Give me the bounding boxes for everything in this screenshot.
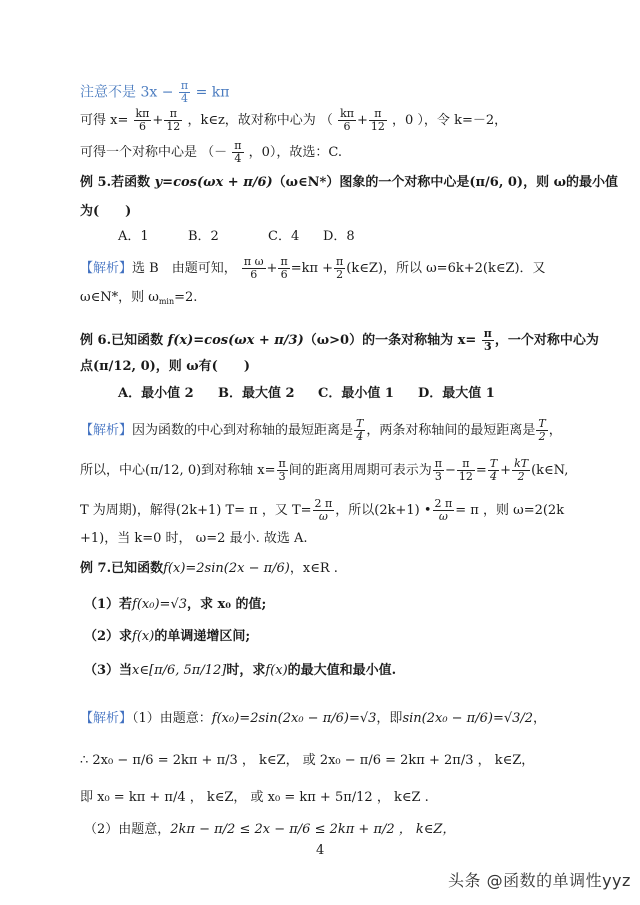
text: （2）由题意， [84,822,170,837]
text: + [500,463,511,478]
example-7-question-1: （1）若f(x₀)=√3，求 x₀ 的值; [84,598,266,611]
text: ， [549,423,562,438]
text: 选 B 由题可知， [132,261,237,276]
math-expr: (π/12, 0) [145,463,201,478]
frac-den: ω [433,511,455,523]
math-expr: f(x) [132,629,154,644]
fraction: π12 [164,108,182,133]
example-7-question-2: （2）求f(x)的单调递增区间; [84,630,250,643]
math-expr: (π/12, 0) [93,359,156,374]
math-expr: f(x)=cos(ωx + π/3) [168,333,304,348]
example-5-analysis-line-1: 【解析】选 B 由题可知， π ω6+π6=kπ +π2(k∈Z)，所以 ω=6… [80,256,546,281]
frac-den: 12 [457,471,475,483]
example-7-title: 例 7.已知函数f(x)=2sin(2x − π/6)，x∈R . [80,562,338,575]
frac-den: 4 [354,431,365,443]
text: （3）当 [84,663,132,678]
text: 例 6.已知函数 [80,333,168,348]
example-5-title: 例 5.若函数 y=cos(ωx + π/6)（ω∈N*）图象的一个对称中心是(… [80,176,618,189]
text: 可得一个对称中心是 （－ [80,145,227,160]
option-c: C．4 [268,230,323,243]
text: 所以，中心 [80,463,145,478]
text: ，则 ω有( ) [156,359,250,374]
example-6-title: 例 6.已知函数 f(x)=cos(ωx + π/3)（ω>0）的一条对称轴为 … [80,328,599,353]
text: （ω∈N*）图象的一个对称中心是 [273,175,470,190]
fraction: kπ6 [338,108,356,133]
option-a: A．1 [118,230,188,243]
watermark: 头条 @函数的单调性yyz [448,868,631,891]
text: 时，求 [226,663,265,678]
math-expr: f(x) [265,663,287,678]
example-6-analysis-line-1: 【解析】因为函数的中心到对称轴的最短距离是T4，两条对称轴间的最短距离是T2， [80,418,562,443]
fraction: π3 [277,458,288,483]
prev-solution-line-2: 可得一个对称中心是 （－ π4 ，0），故选：C. [80,140,342,165]
math-expr: y=cos(ωx + π/6) [155,175,273,190]
text: ， [533,711,546,726]
text: （2）求 [84,629,132,644]
fraction: π2 [334,256,345,281]
example-5-title-line-2: 为( ) [80,205,131,218]
fraction: π3 [482,328,494,353]
option-d: D．8 [323,230,355,243]
text: ，即 [376,711,402,726]
text: = π ，则 ω=2(2k [455,503,564,518]
fraction: 2 πω [433,498,455,523]
analysis-tag: 【解析】 [80,711,132,726]
note-suffix: = kπ [196,85,230,101]
frac-den: 3 [482,341,494,353]
text: 例 5.若函数 [80,175,155,190]
math-expr: x∈[π/6, 5π/12] [132,663,226,678]
note-fraction: π4 [179,80,190,105]
text: 例 7.已知函数 [80,561,163,576]
frac-den: 6 [278,269,289,281]
frac-den: 4 [179,93,190,105]
fraction: π12 [457,458,475,483]
fraction: π3 [433,458,444,483]
text: ，一个对称中心为 [495,333,599,348]
frac-den: 12 [369,121,387,133]
frac-den: 6 [338,121,356,133]
text: 的最大值和最小值. [288,663,397,678]
frac-den: 12 [164,121,182,133]
math-expr: f(x)=2sin(2x − π/6) [163,561,290,576]
analysis-tag: 【解析】 [80,423,132,438]
text: =2. [174,290,197,305]
frac-den: 6 [134,121,152,133]
text: (k∈N, [531,463,568,478]
page-number: 4 [316,843,324,858]
fraction: kπ6 [134,108,152,133]
text: ，k∈z，故对称中心为 （ [187,113,332,128]
fraction: kT2 [512,458,530,483]
note-line: 注意不是 3x − π4 = kπ [80,80,229,105]
text: 因为函数的中心到对称轴的最短距离是 [132,423,353,438]
fraction: T2 [536,418,547,443]
option-d: D．最大值 1 [418,387,495,400]
text: 可得 x= [80,113,128,128]
option-b: B．最大值 2 [218,387,318,400]
frac-den: ω [313,511,335,523]
text: 的单调递增区间; [154,629,250,644]
example-7-analysis-line-1: 【解析】（1）由题意：f(x₀)=2sin(2x₀ − π/6)=√3，即sin… [80,712,546,725]
fraction: π12 [369,108,387,133]
text: ，则 ω的最小值 [523,175,618,190]
math-expr: sin(2x₀ − π/6)=√3/2 [402,711,533,726]
math-expr: (π/6, 0) [469,175,523,190]
fraction: π ω6 [242,256,266,281]
text: =kπ + [291,261,333,276]
text: ω∈N*，则 ω [80,290,159,305]
option-a: A．最小值 2 [118,387,218,400]
frac-den: 4 [232,153,243,165]
subscript: min [159,297,174,306]
text: (k∈Z)，所以 ω=6k+2(k∈Z)．又 [346,261,545,276]
example-7-analysis-line-2: ∴ 2x₀ − π/6 = 2kπ + π/3 ， k∈Z， 或 2x₀ − π… [80,754,534,767]
math-expr: f(x₀)=2sin(2x₀ − π/6)=√3 [212,711,377,726]
text: + [357,113,368,128]
frac-den: 6 [242,269,266,281]
frac-den: 2 [512,471,530,483]
frac-den: 2 [334,269,345,281]
example-6-title-line-2: 点(π/12, 0)，则 ω有( ) [80,360,250,373]
text: ，0 ），令 k=－2， [392,113,507,128]
text: （1）由题意： [132,711,212,726]
example-7-analysis-line-4: （2）由题意，2kπ − π/2 ≤ 2x − π/6 ≤ 2kπ + π/2 … [84,823,455,836]
option-b: B．2 [188,230,268,243]
fraction: π4 [232,140,243,165]
fraction: 2 πω [313,498,335,523]
text: + [152,113,163,128]
analysis-tag: 【解析】 [80,261,132,276]
math-expr: f(x₀)=√3 [132,597,187,612]
text: + [267,261,278,276]
example-6-analysis-line-4: +1)，当 k=0 时， ω=2 最小. 故选 A. [80,532,308,545]
text: 到对称轴 x= [201,463,275,478]
fraction: T4 [488,458,499,483]
text: T 为周期)，解得(2k+1) T= π ，又 T= [80,503,312,518]
text: （1）若 [84,597,132,612]
text: = [476,463,487,478]
text: ，x∈R . [290,561,338,576]
fraction: π6 [278,256,289,281]
fraction: T4 [354,418,365,443]
example-6-options: A．最小值 2B．最大值 2C．最小值 1D．最大值 1 [118,387,495,400]
text: 间的距离用周期可表示为 [289,463,432,478]
example-6-analysis-line-2: 所以，中心(π/12, 0)到对称轴 x=π3间的距离用周期可表示为π3−π12… [80,458,568,483]
text: （ω>0）的一条对称轴为 x= [304,333,477,348]
example-6-analysis-line-3: T 为周期)，解得(2k+1) T= π ，又 T=2 πω，所以(2k+1) … [80,498,564,523]
frac-den: 3 [277,471,288,483]
text: 点 [80,359,93,374]
text: − [445,463,456,478]
example-7-question-3: （3）当x∈[π/6, 5π/12]时，求f(x)的最大值和最小值. [84,664,396,677]
text: ，求 x₀ 的值; [187,597,266,612]
example-5-analysis-line-2: ω∈N*，则 ωmin=2. [80,291,197,306]
text: ，0），故选：C. [249,145,342,160]
example-7-analysis-line-3: 即 x₀ = kπ + π/4 ， k∈Z， 或 x₀ = kπ + 5π/12… [80,791,429,804]
option-c: C．最小值 1 [318,387,418,400]
frac-den: 4 [488,471,499,483]
text: ，所以(2k+1) • [335,503,431,518]
frac-den: 3 [433,471,444,483]
math-expr: 2kπ − π/2 ≤ 2x − π/6 ≤ 2kπ + π/2 ， k∈Z， [170,822,455,837]
frac-den: 2 [536,431,547,443]
prev-solution-line-1: 可得 x= kπ6+π12 ，k∈z，故对称中心为 （ kπ6+π12 ，0 ）… [80,108,507,133]
note-prefix: 注意不是 3x − [80,85,173,101]
text: ，两条对称轴间的最短距离是 [366,423,535,438]
example-5-options: A．1B．2C．4D．8 [118,230,355,243]
